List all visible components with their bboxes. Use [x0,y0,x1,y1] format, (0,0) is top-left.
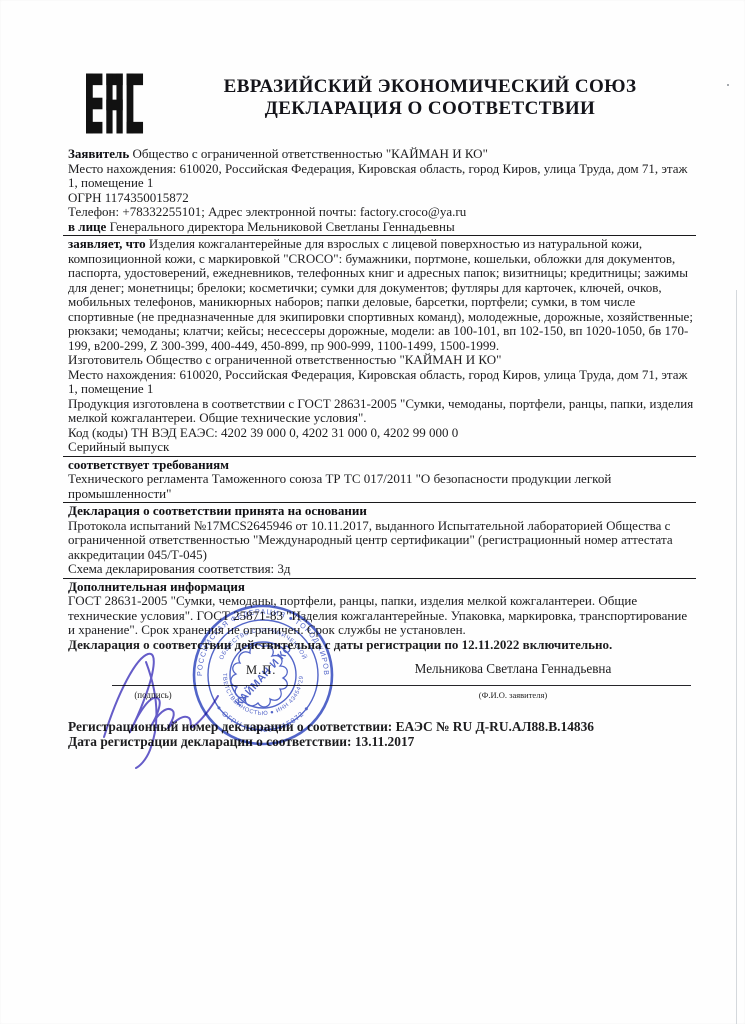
release-type: Серийный выпуск [68,440,695,455]
title-line-1: ЕВРАЗИЙСКИЙ ЭКОНОМИЧЕСКИЙ СОЮЗ [150,76,710,98]
title-line-2: ДЕКЛАРАЦИЯ О СООТВЕТСТВИИ [150,98,710,120]
conforms-heading-text: соответствует требованиям [68,457,229,472]
signature-zone: (подпись) М.П. Мельникова Светлана Генна… [68,652,695,719]
basis-scheme: Схема декларирования соответствия: 3д [68,562,695,577]
applicant-ogrn: ОГРН 1174350015872 [68,191,695,206]
declares-text: Изделия кожгалантерейные для взрослых с … [68,236,693,353]
document-title: ЕВРАЗИЙСКИЙ ЭКОНОМИЧЕСКИЙ СОЮЗ ДЕКЛАРАЦИ… [150,76,710,120]
document-body: Заявитель Общество с ограниченной ответс… [68,147,695,749]
manufacturer-tnved: Код (коды) ТН ВЭД ЕАЭС: 4202 39 000 0, 4… [68,426,695,441]
additional-heading-text: Дополнительная информация [68,579,245,594]
applicant-label: Заявитель [68,146,129,161]
manufacturer-address: Место нахождения: 610020, Российская Фед… [68,368,695,397]
basis-text: Протокола испытаний №17MCS2645946 от 10.… [68,519,695,563]
basis-heading: Декларация о соответствии принята на осн… [68,504,695,519]
applicant-address: Место нахождения: 610020, Российская Фед… [68,162,695,191]
declares-label: заявляет, что [68,236,146,251]
declaration-document-page: ЕВРАЗИЙСКИЙ ЭКОНОМИЧЕСКИЙ СОЮЗ ДЕКЛАРАЦИ… [0,0,745,1024]
additional-heading: Дополнительная информация [68,580,695,595]
additional-text: ГОСТ 28631-2005 "Сумки, чемоданы, портфе… [68,594,695,638]
declares-paragraph: заявляет, что Изделия кожгалантерейные д… [68,237,695,353]
applicant-line: Заявитель Общество с ограниченной ответс… [68,147,695,162]
manufacturer-line: Изготовитель Общество с ограниченной отв… [68,353,695,368]
declarant-name: Мельникова Светлана Геннадьевна [388,662,638,677]
basis-heading-text: Декларация о соответствии принята на осн… [68,503,367,518]
declarant-name-caption: (Ф.И.О. заявителя) [423,688,603,703]
applicant-name: Общество с ограниченной ответственностью… [129,146,488,161]
scan-edge-line [736,290,737,1024]
handwritten-signature [96,632,261,772]
conforms-heading: соответствует требованиям [68,458,695,473]
in-person-name: Генерального директора Мельниковой Светл… [106,219,454,234]
manufacturer-gost: Продукция изготовлена в соответствии с Г… [68,397,695,426]
in-person-label: в лице [68,219,106,234]
conforms-text: Технического регламента Таможенного союз… [68,472,695,501]
scan-speck [727,84,729,86]
in-person-line: в лице Генерального директора Мельниково… [68,220,695,235]
applicant-contacts: Телефон: +78332255101; Адрес электронной… [68,205,695,220]
eac-logo-icon [86,72,144,135]
